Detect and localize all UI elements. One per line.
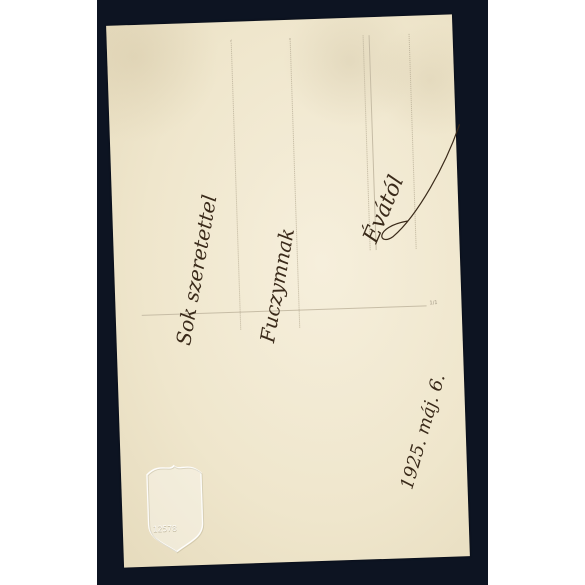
- postcard-back: 1/1 Sok szeretettel Fuczymnak Évától 192…: [106, 14, 470, 567]
- handwritten-date: 1925. máj. 6.: [397, 371, 450, 491]
- signature-swash: [365, 124, 469, 247]
- handwriting-line-2: Fuczymnak: [255, 226, 299, 344]
- print-mark: 1/1: [429, 300, 437, 306]
- embossed-stamp-icon: [138, 453, 211, 555]
- handwriting-line-1: Sok szeretettel: [171, 193, 221, 347]
- divider-dotted-2: [290, 38, 301, 328]
- embossed-stamp-text: 12578: [153, 524, 177, 534]
- divider-dotted-1: [231, 40, 242, 330]
